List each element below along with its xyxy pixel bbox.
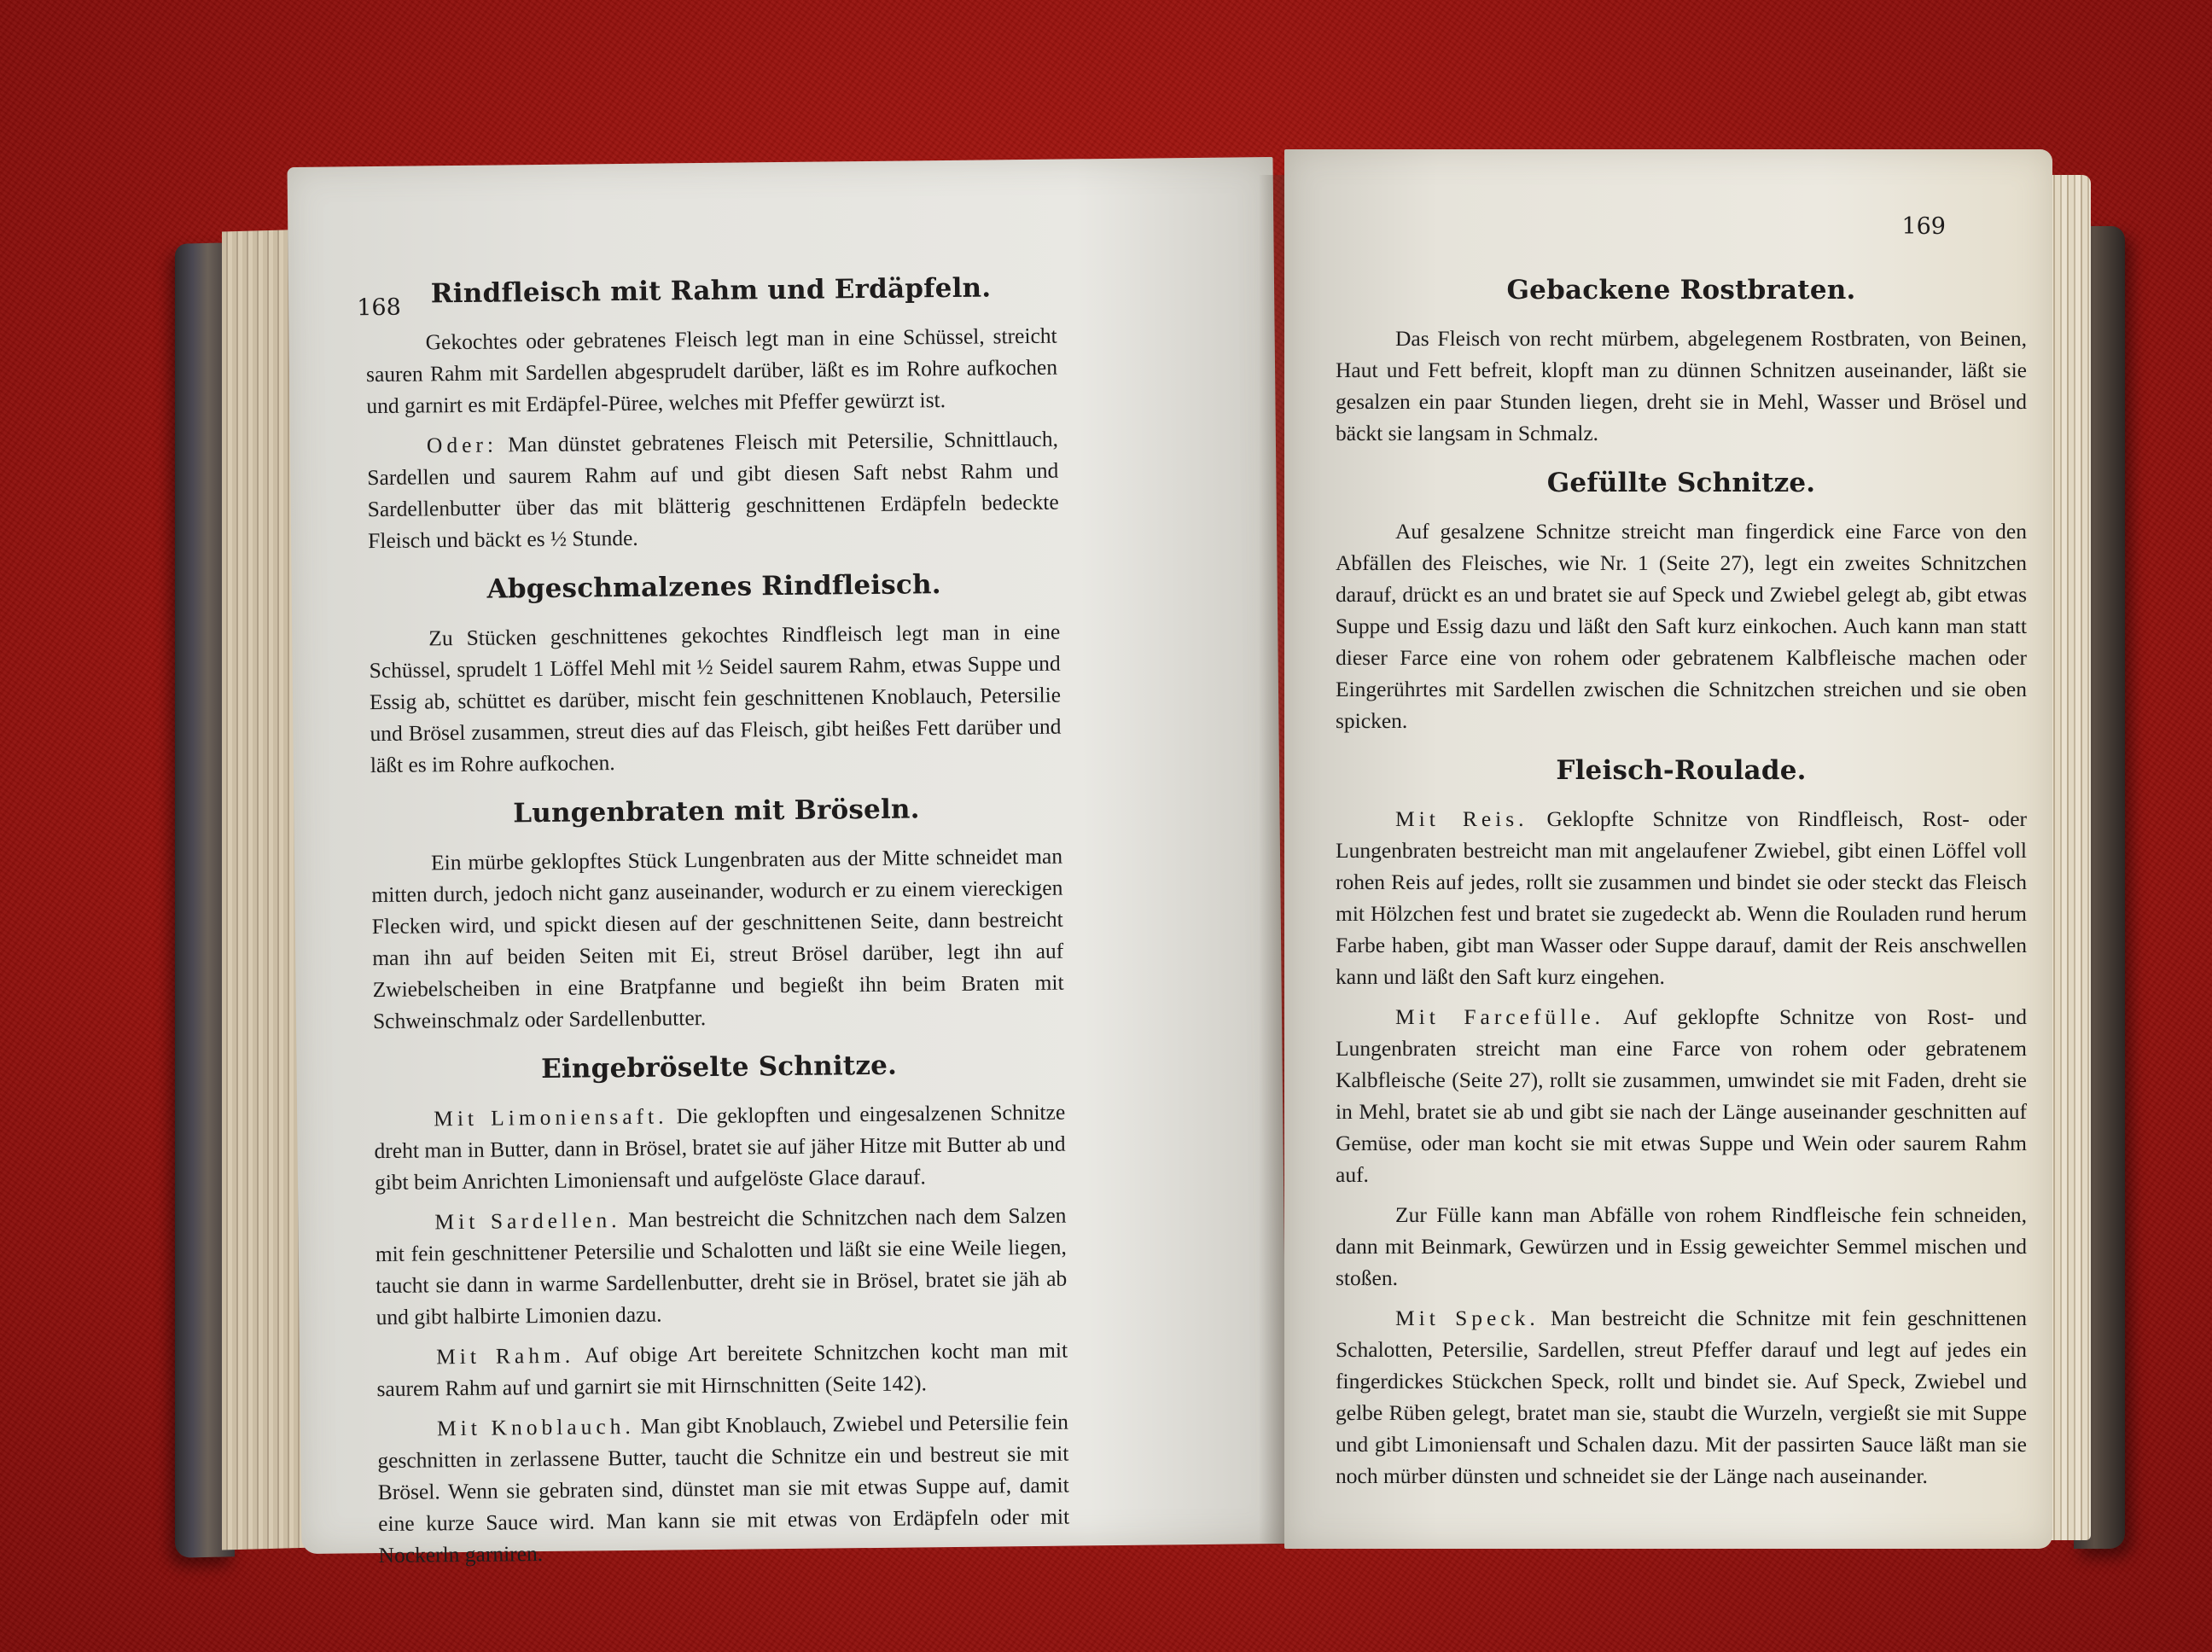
paragraph-lead: Mit Speck. [1395, 1306, 1540, 1330]
recipe-section: Fleisch-Roulade. Mit Reis. Geklopfte Sch… [1336, 755, 2027, 1492]
recipe-paragraph: Zur Fülle kann man Abfälle von rohem Rin… [1336, 1199, 2027, 1294]
recipe-title: Fleisch-Roulade. [1336, 755, 2027, 786]
recipe-paragraph: Mit Rahm. Auf obige Art bereitete Schnit… [376, 1335, 1068, 1405]
paragraph-lead: Oder: [427, 433, 498, 458]
left-page: 168 Rindfleisch mit Rahm und Erdäpfeln. … [288, 157, 1288, 1554]
recipe-paragraph: Zu Stücken geschnittenes gekochtes Rindf… [369, 616, 1062, 781]
recipe-section: Abgeschmalzenes Rindfleisch. Zu Stücken … [369, 568, 1062, 781]
recipe-paragraph: Mit Farcefülle. Auf geklopfte Schnitze v… [1336, 1001, 2027, 1190]
paragraph-text: Man bestreicht die Schnitze mit fein ges… [1336, 1306, 2027, 1488]
open-book: 168 Rindfleisch mit Rahm und Erdäpfeln. … [175, 149, 2138, 1557]
page-number: 169 [1901, 213, 1946, 240]
recipe-paragraph: Das Fleisch von recht mürbem, abgelegene… [1336, 323, 2027, 449]
paragraph-text: Das Fleisch von recht mürbem, abgelegene… [1336, 326, 2027, 445]
recipe-paragraph: Mit Sardellen. Man bestreicht die Schnit… [375, 1200, 1068, 1333]
right-page: 169 Gebackene Rostbraten. Das Fleisch vo… [1284, 149, 2052, 1549]
recipe-section: Rindfleisch mit Rahm und Erdäpfeln. Geko… [365, 272, 1059, 556]
recipe-paragraph: Oder: Man dünstet gebratenes Fleisch mit… [367, 423, 1060, 556]
paragraph-lead: Mit Sardellen. [434, 1207, 620, 1234]
paragraph-text: Zur Fülle kann man Abfälle von rohem Rin… [1336, 1202, 2027, 1290]
recipe-title: Lungenbraten mit Bröseln. [370, 793, 1062, 830]
recipe-paragraph: Ein mürbe geklopftes Stück Lungenbraten … [371, 841, 1064, 1037]
recipe-section: Gefüllte Schnitze. Auf gesalzene Schnitz… [1336, 468, 2027, 736]
paragraph-lead: Mit Knoblauch. [437, 1414, 635, 1440]
left-page-content: Rindfleisch mit Rahm und Erdäpfeln. Geko… [365, 253, 1070, 1579]
recipe-section: Eingebröselte Schnitze. Mit Limoniensaft… [373, 1049, 1069, 1571]
paragraph-lead: Mit Reis. [1395, 806, 1528, 831]
paragraph-text: Geklopfte Schnitze von Rindfleisch, Rost… [1336, 806, 2027, 989]
recipe-paragraph: Gekochtes oder gebratenes Fleisch legt m… [365, 320, 1057, 422]
recipe-title: Gebackene Rostbraten. [1336, 275, 2027, 305]
recipe-paragraph: Auf gesalzene Schnitze streicht man fing… [1336, 515, 2027, 736]
recipe-title: Eingebröselte Schnitze. [373, 1049, 1064, 1086]
recipe-paragraph: Mit Speck. Man bestreicht die Schnitze m… [1336, 1302, 2027, 1492]
recipe-title: Rindfleisch mit Rahm und Erdäpfeln. [365, 272, 1057, 310]
recipe-paragraph: Mit Limoniensaft. Die geklopften und ein… [374, 1096, 1066, 1198]
recipe-section: Lungenbraten mit Bröseln. Ein mürbe gekl… [370, 793, 1064, 1037]
recipe-paragraph: Mit Knoblauch. Man gibt Knoblauch, Zwieb… [377, 1406, 1070, 1571]
paragraph-lead: Mit Rahm. [436, 1343, 574, 1370]
recipe-section: Gebackene Rostbraten. Das Fleisch von re… [1336, 275, 2027, 449]
paragraph-lead: Mit Limoniensaft. [434, 1103, 668, 1131]
paragraph-text: Auf geklopfte Schnitze von Rost- und Lun… [1336, 1004, 2027, 1187]
recipe-paragraph: Mit Reis. Geklopfte Schnitze von Rindfle… [1336, 803, 2027, 992]
recipe-title: Gefüllte Schnitze. [1336, 468, 2027, 498]
paragraph-text: Zu Stücken geschnittenes gekochtes Rindf… [370, 619, 1062, 777]
paragraph-text: Ein mürbe geklopftes Stück Lungenbraten … [371, 844, 1063, 1033]
paragraph-text: Auf gesalzene Schnitze streicht man fing… [1336, 519, 2027, 733]
right-page-content: Gebackene Rostbraten. Das Fleisch von re… [1336, 256, 2027, 1500]
paragraph-text: Gekochtes oder gebratenes Fleisch legt m… [366, 323, 1057, 418]
recipe-title: Abgeschmalzenes Rindfleisch. [369, 568, 1060, 606]
paragraph-lead: Mit Farcefülle. [1395, 1004, 1604, 1029]
